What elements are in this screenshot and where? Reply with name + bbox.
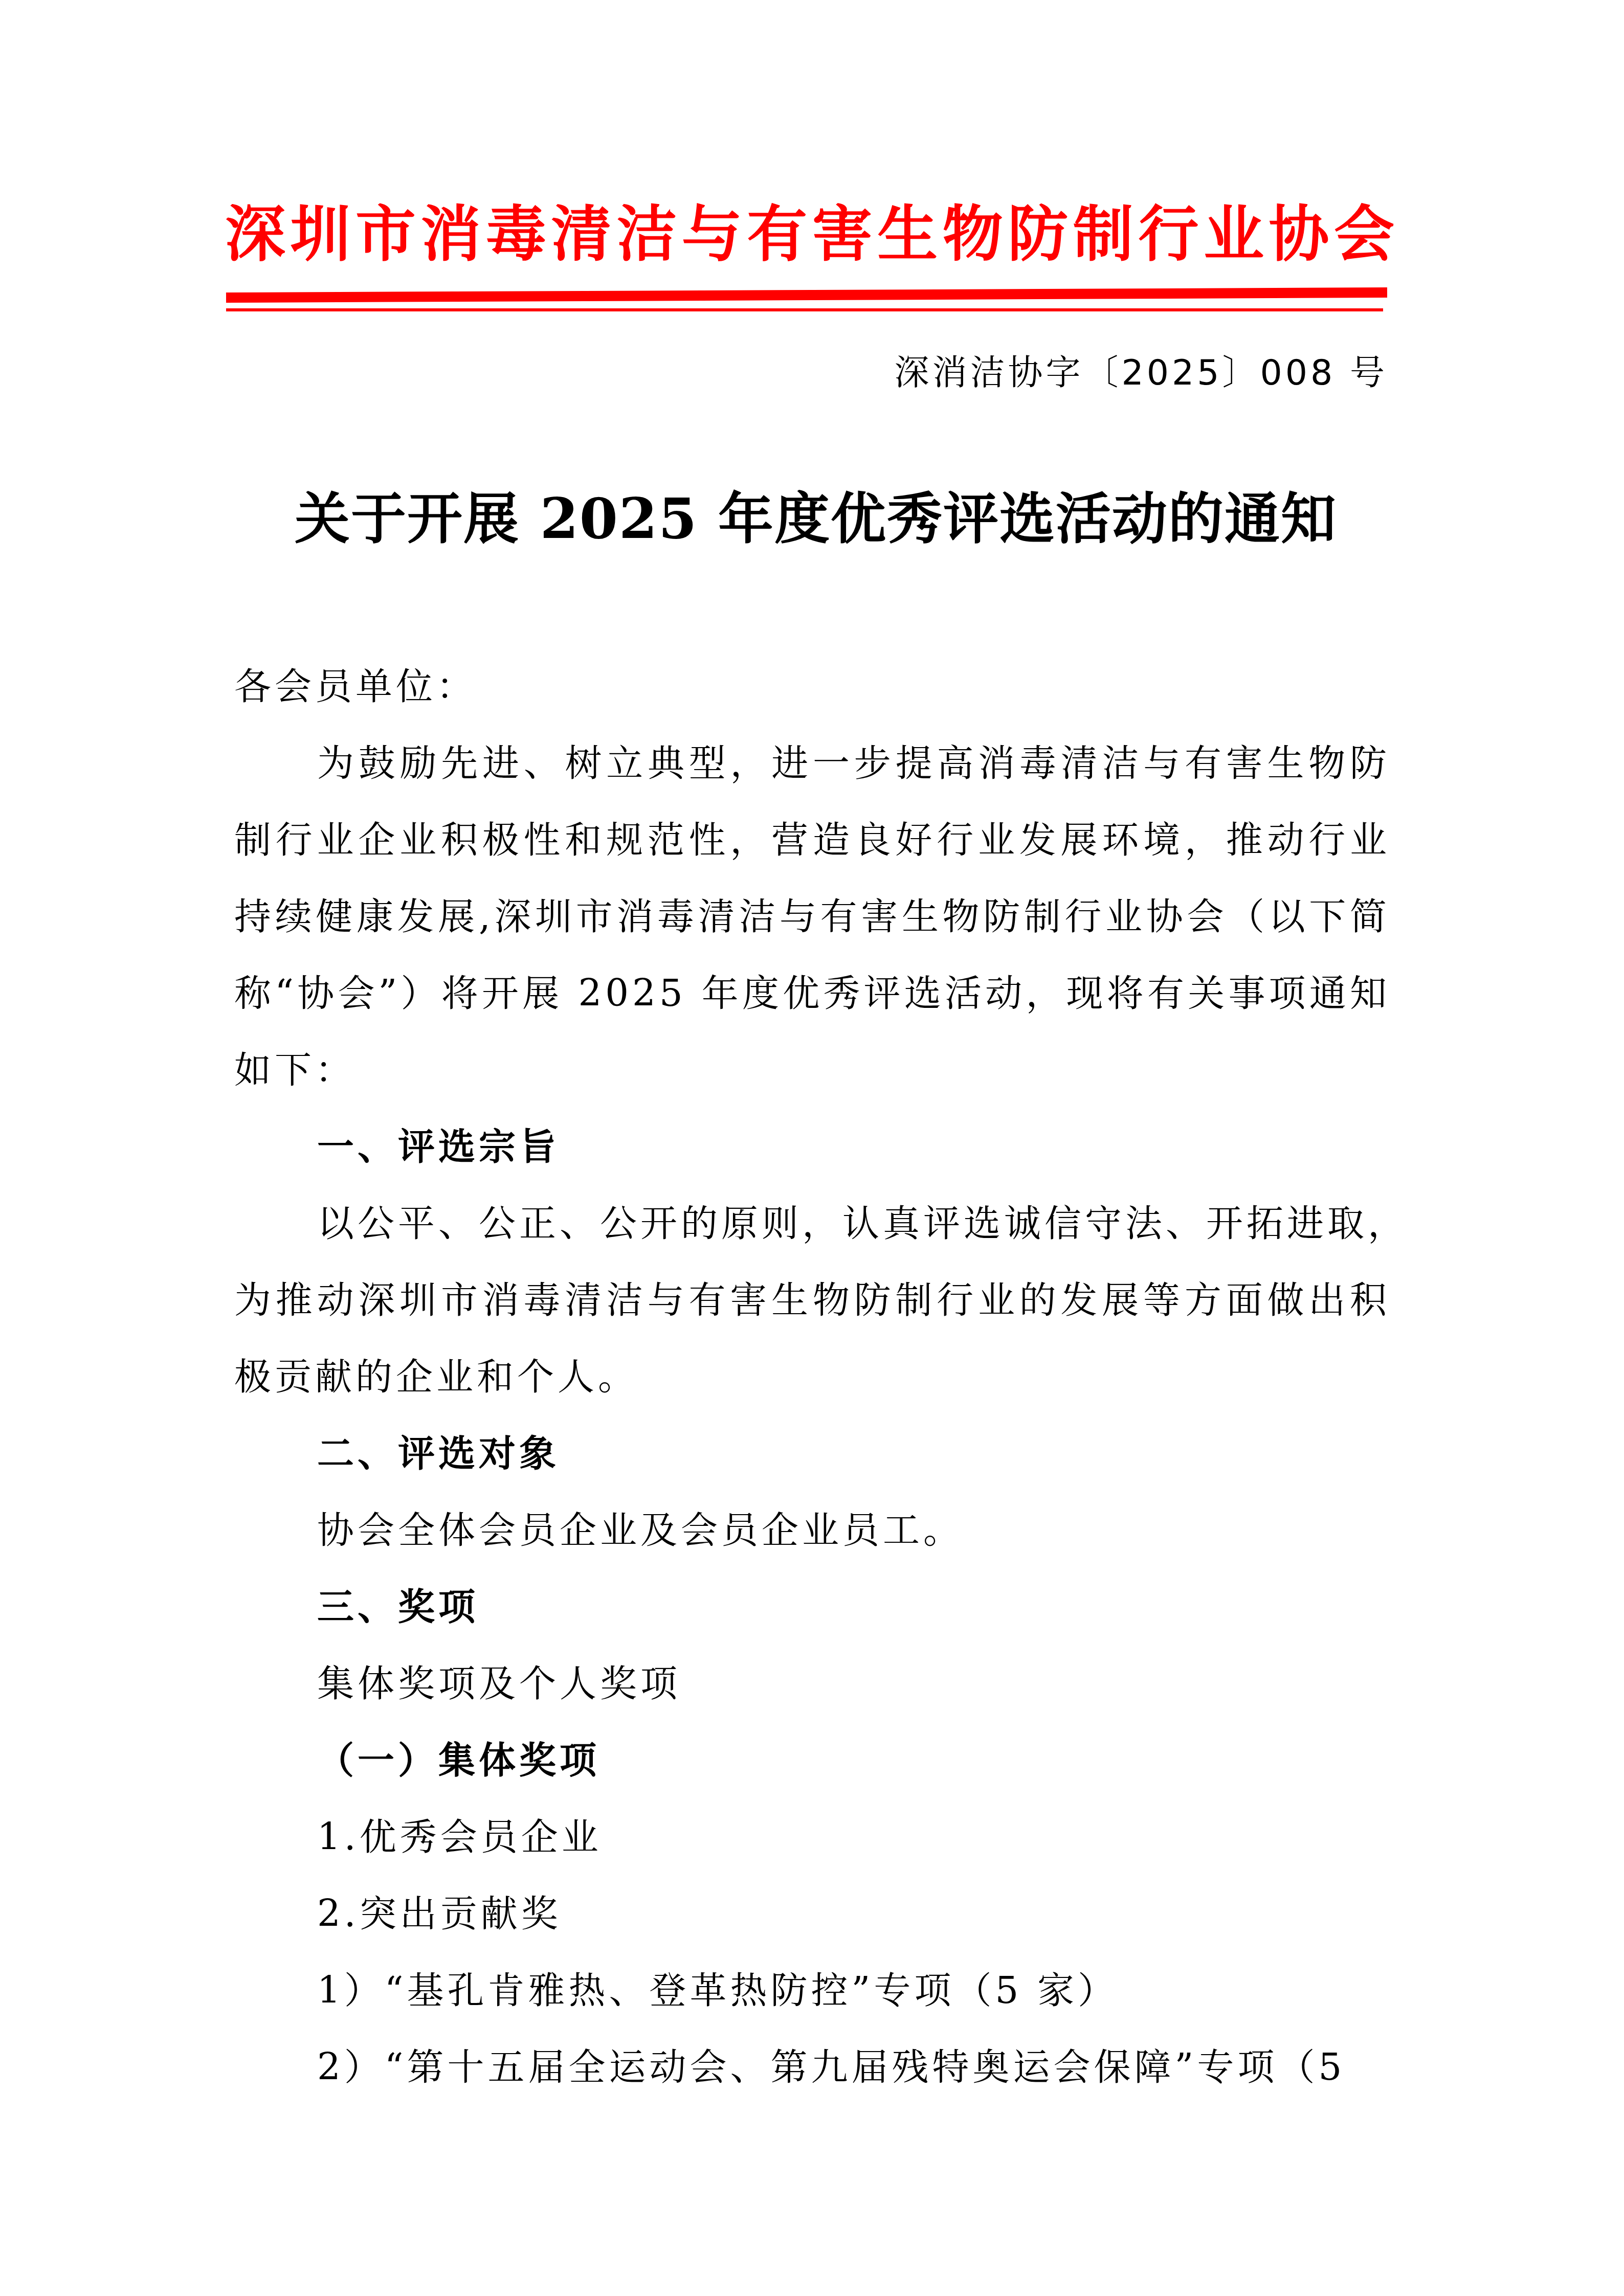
section-line: 以公平、公正、公开的原则，认真评选诚信守法、开拓进取， [234, 1185, 1390, 1262]
section-line: 协会全体会员企业及会员企业员工。 [234, 1492, 1390, 1568]
section-heading-awards: 三、奖项 [234, 1568, 1390, 1645]
intro-line: 如下： [234, 1031, 1390, 1108]
document-page: 深圳市消毒清洁与有害生物防制行业协会 深消洁协字〔2025〕008 号 关于开展… [0, 0, 1624, 2296]
document-body: 各会员单位： 为鼓励先进、树立典型，进一步提高消毒清洁与有害生物防 制行业企业积… [234, 648, 1390, 2105]
award-item: 2）“第十五届全运动会、第九届残特奥运会保障”专项（5 [234, 2029, 1390, 2105]
document-number: 深消洁协字〔2025〕008 号 [895, 348, 1388, 399]
intro-line: 制行业企业积极性和规范性，营造良好行业发展环境，推动行业 [234, 801, 1390, 878]
award-item: 1.优秀会员企业 [234, 1798, 1390, 1875]
award-item: 1）“基孔肯雅热、登革热防控”专项（5 家） [234, 1952, 1390, 2029]
intro-line: 称“协会”）将开展 2025 年度优秀评选活动，现将有关事项通知 [234, 955, 1390, 1031]
section-heading-purpose: 一、评选宗旨 [234, 1108, 1390, 1185]
salutation: 各会员单位： [234, 648, 1390, 725]
document-title: 关于开展 2025 年度优秀评选活动的通知 [276, 483, 1355, 555]
organization-letterhead: 深圳市消毒清洁与有害生物防制行业协会 [225, 193, 1396, 275]
letterhead-thin-rule [226, 308, 1383, 311]
letterhead-thick-rule [226, 287, 1387, 303]
section-line: 为推动深圳市消毒清洁与有害生物防制行业的发展等方面做出积 [234, 1262, 1390, 1338]
section-line: 极贡献的企业和个人。 [234, 1338, 1390, 1415]
intro-line: 为鼓励先进、树立典型，进一步提高消毒清洁与有害生物防 [234, 725, 1390, 801]
section-line: 集体奖项及个人奖项 [234, 1645, 1390, 1722]
subsection-heading-collective-awards: （一）集体奖项 [234, 1722, 1390, 1798]
intro-line: 持续健康发展,深圳市消毒清洁与有害生物防制行业协会（以下简 [234, 878, 1390, 955]
award-item: 2.突出贡献奖 [234, 1875, 1390, 1952]
section-heading-targets: 二、评选对象 [234, 1415, 1390, 1492]
